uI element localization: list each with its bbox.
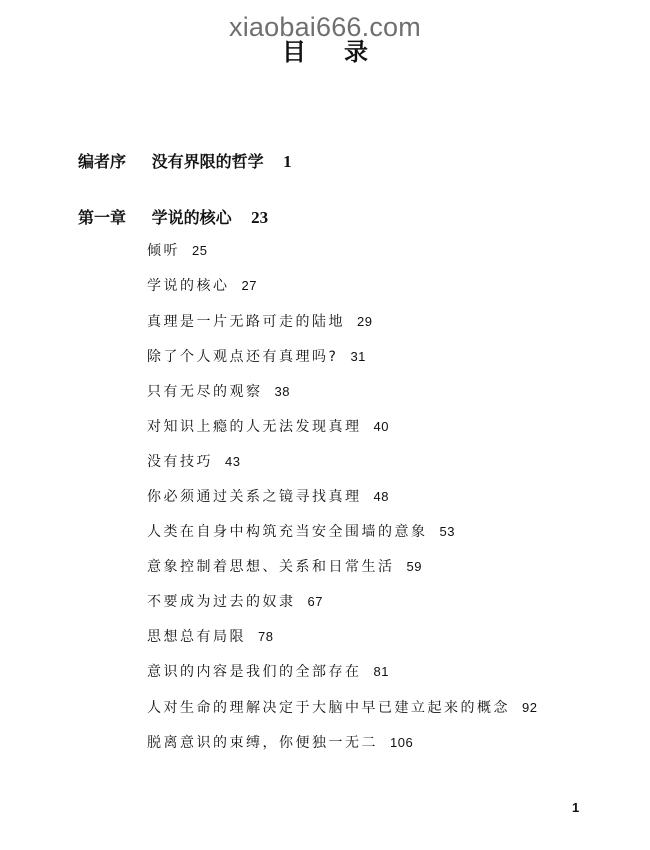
entry-title: 不要成为过去的奴隶: [147, 594, 296, 610]
toc-entry[interactable]: 没有技巧43: [147, 451, 240, 471]
toc-entry[interactable]: 学说的核心27: [147, 275, 257, 295]
section-page: 1: [283, 152, 292, 171]
toc-entry[interactable]: 思想总有局限78: [147, 626, 273, 646]
toc-entry[interactable]: 意识的内容是我们的全部存在81: [147, 661, 389, 681]
entry-title: 倾听: [147, 243, 180, 259]
entry-page: 81: [374, 664, 389, 679]
entry-title: 对知识上瘾的人无法发现真理: [147, 419, 362, 435]
entry-title: 没有技巧: [147, 454, 213, 470]
toc-entry[interactable]: 倾听25: [147, 240, 207, 260]
entry-title: 脱离意识的束缚，你便独一无二: [147, 735, 378, 751]
section-label: 编者序: [78, 149, 146, 172]
entry-page: 31: [350, 349, 365, 364]
entry-title: 学说的核心: [147, 278, 230, 294]
entry-page: 27: [242, 278, 257, 293]
entry-title: 人类在自身中构筑充当安全围墙的意象: [147, 524, 428, 540]
section-title: 学说的核心: [152, 208, 232, 227]
entry-title: 思想总有局限: [147, 629, 246, 645]
toc-entry[interactable]: 你必须通过关系之镜寻找真理48: [147, 486, 389, 506]
section-title: 没有界限的哲学: [152, 152, 264, 171]
toc-section-preface[interactable]: 编者序 没有界限的哲学 1: [78, 149, 292, 172]
entry-page: 106: [390, 735, 413, 750]
entry-title: 只有无尽的观察: [147, 384, 263, 400]
toc-entry[interactable]: 意象控制着思想、关系和日常生活59: [147, 556, 422, 576]
entry-page: 43: [225, 454, 240, 469]
entry-title: 人对生命的理解决定于大脑中早已建立起来的概念: [147, 700, 510, 716]
toc-entry[interactable]: 人类在自身中构筑充当安全围墙的意象53: [147, 521, 455, 541]
entry-title: 真理是一片无路可走的陆地: [147, 314, 345, 330]
entry-page: 38: [275, 384, 290, 399]
entry-page: 92: [522, 700, 537, 715]
section-page: 23: [251, 208, 268, 227]
entry-page: 78: [258, 629, 273, 644]
entry-page: 25: [192, 243, 207, 258]
entry-page: 59: [407, 559, 422, 574]
toc-entry[interactable]: 人对生命的理解决定于大脑中早已建立起来的概念92: [147, 697, 537, 717]
entry-page: 67: [308, 594, 323, 609]
toc-entry[interactable]: 除了个人观点还有真理吗?31: [147, 346, 366, 366]
entry-page: 40: [374, 419, 389, 434]
entry-page: 48: [374, 489, 389, 504]
toc-entry[interactable]: 只有无尽的观察38: [147, 381, 290, 401]
section-label: 第一章: [78, 205, 146, 228]
toc-entry[interactable]: 真理是一片无路可走的陆地29: [147, 311, 372, 331]
toc-entry[interactable]: 不要成为过去的奴隶67: [147, 591, 323, 611]
entry-title: 除了个人观点还有真理吗?: [147, 349, 338, 365]
entry-title: 意象控制着思想、关系和日常生活: [147, 559, 395, 575]
entry-title: 你必须通过关系之镜寻找真理: [147, 489, 362, 505]
toc-entry[interactable]: 脱离意识的束缚，你便独一无二106: [147, 732, 413, 752]
toc-section-chapter-1[interactable]: 第一章 学说的核心 23: [78, 205, 268, 228]
watermark: xiaobai666.com: [0, 12, 650, 43]
toc-entry[interactable]: 对知识上瘾的人无法发现真理40: [147, 416, 389, 436]
entry-page: 53: [440, 524, 455, 539]
entry-title: 意识的内容是我们的全部存在: [147, 664, 362, 680]
page-number: 1: [572, 800, 579, 815]
entry-page: 29: [357, 314, 372, 329]
